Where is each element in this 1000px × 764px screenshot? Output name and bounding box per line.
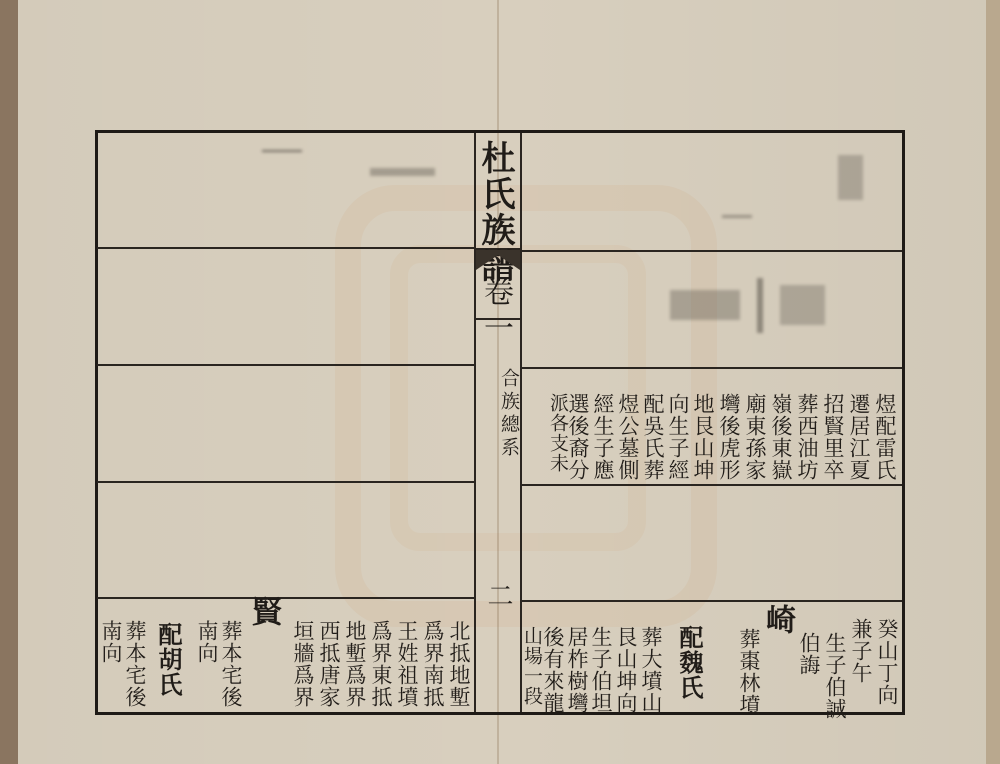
text-column: 北抵地塹	[448, 620, 469, 708]
text-column: 煜公墓側	[617, 393, 638, 481]
text-column: 爲界南抵	[422, 620, 443, 708]
text-column: 垣牆爲界	[292, 620, 313, 708]
ink-smudge	[262, 150, 302, 152]
text-column: 癸山丁向	[876, 618, 897, 706]
text-column: 壪後虎形	[718, 393, 739, 481]
text-column: 派各支未	[548, 393, 567, 473]
text-column: 向生子經	[667, 393, 688, 481]
page-number: 二	[485, 582, 511, 609]
text-column: 地塹爲界	[344, 620, 365, 708]
rule-right-4	[522, 600, 902, 602]
text-column: 南向	[100, 620, 121, 664]
ink-smudge	[722, 215, 752, 218]
text-column: 後有來龍	[542, 626, 563, 714]
section-label: 合族總系	[499, 368, 518, 460]
text-column: 生子伯坦	[590, 626, 611, 714]
text-column: 遷居江夏	[848, 393, 869, 481]
rule-left-4	[97, 597, 474, 599]
text-column: 葬棗林墳	[738, 628, 759, 716]
text-column: 爲界東抵	[370, 620, 391, 708]
ink-smudge	[757, 278, 763, 333]
ink-smudge	[838, 155, 863, 200]
text-column: 葬西油坊	[796, 393, 817, 481]
text-column: 伯誨	[798, 632, 819, 676]
ink-smudge	[370, 168, 435, 176]
spouse-name: 配魏氏	[677, 625, 701, 700]
text-column: 葬本宅後	[220, 620, 241, 708]
text-column: 居柞樹壪	[566, 626, 587, 714]
page-edge	[986, 0, 1000, 764]
rule-left-2	[97, 364, 474, 366]
text-column: 招賢里卒	[822, 393, 843, 481]
text-column: 地艮山坤	[692, 393, 713, 481]
rule-right-2	[522, 367, 902, 369]
text-column: 南向	[196, 620, 217, 664]
rule-right-3	[522, 484, 902, 486]
text-column: 經生子應	[592, 393, 613, 481]
text-column: 配吳氏葬	[642, 393, 663, 481]
text-column: 葬大墳山	[640, 626, 661, 714]
rule-right-1	[522, 250, 902, 252]
text-column: 葬本宅後	[124, 620, 145, 708]
person-name: 崎	[762, 604, 792, 635]
spouse-name: 配胡氏	[156, 622, 180, 697]
text-column: 嶺後東嶽	[770, 393, 791, 481]
text-column: 廟東孫家	[744, 393, 765, 481]
text-column: 生子伯誠	[824, 632, 845, 720]
rule-left-1	[97, 247, 474, 249]
text-column: 西抵唐家	[318, 620, 339, 708]
person-name: 賢	[248, 596, 278, 627]
text-column: 山場一段	[522, 626, 541, 706]
ink-smudge	[780, 285, 825, 325]
text-column: 王姓祖墳	[396, 620, 417, 708]
text-column: 艮山坤向	[615, 626, 636, 714]
volume-label: 卷一	[480, 276, 510, 348]
text-column: 兼子午	[850, 618, 871, 684]
text-column: 選後裔分	[567, 393, 588, 481]
rule-left-3	[97, 481, 474, 483]
text-column: 煜配雷氏	[874, 393, 895, 481]
ink-smudge	[670, 290, 740, 320]
